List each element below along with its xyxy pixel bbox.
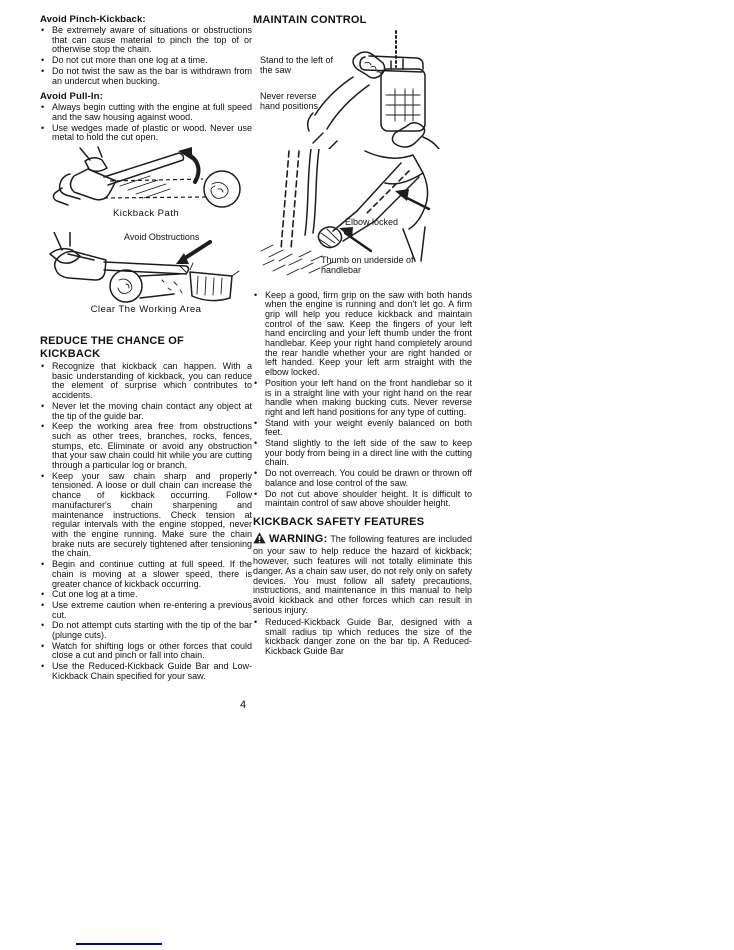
list-item-text: Stand with your weight evenly balanced o… xyxy=(265,419,472,438)
bullet-marker: • xyxy=(40,472,52,559)
figure-caption: Kickback Path xyxy=(40,208,252,219)
list-item-text: Reduced-Kickback Guide Bar, designed wit… xyxy=(265,618,472,657)
list-item-text: Do not twist the saw as the bar is withd… xyxy=(52,67,252,86)
bullet-marker: • xyxy=(40,103,52,122)
reduce-kickback-list: •Recognize that kickback can happen. Wit… xyxy=(40,362,252,682)
list-item: •Do not overreach. You could be drawn or… xyxy=(253,469,472,488)
list-item-text: Use the Reduced-Kickback Guide Bar and L… xyxy=(52,662,252,681)
bullet-marker: • xyxy=(253,490,265,509)
list-item-text: Recognize that kickback can happen. With… xyxy=(52,362,252,401)
heading-maintain-control: MAINTAIN CONTROL xyxy=(253,14,472,27)
list-item: •Begin and continue cutting at full spee… xyxy=(40,560,252,589)
bullet-marker: • xyxy=(40,601,52,620)
kickback-path-illustration xyxy=(40,146,252,208)
list-item-text: Use wedges made of plastic or wood. Neve… xyxy=(52,124,252,143)
bullet-marker: • xyxy=(40,590,52,600)
heading-kickback-safety-features: KICKBACK SAFETY FEATURES xyxy=(253,516,472,529)
list-item-text: Do not attempt cuts starting with the ti… xyxy=(52,621,252,640)
figure-elbow-locked: Elbow locked Thumb on underside of handl… xyxy=(253,149,472,287)
list-item: •Do not attempt cuts starting with the t… xyxy=(40,621,252,640)
list-item: •Cut one log at a time. xyxy=(40,590,252,600)
list-item-text: Keep the working area free from obstruct… xyxy=(52,422,252,471)
bullet-marker: • xyxy=(253,379,265,418)
bullet-marker: • xyxy=(40,662,52,681)
footer-line xyxy=(76,943,162,945)
heading-avoid-pull-in: Avoid Pull-In: xyxy=(40,91,252,102)
heading-avoid-pinch-kickback: Avoid Pinch-Kickback: xyxy=(40,14,252,25)
bullet-marker: • xyxy=(253,419,265,438)
list-item-text: Position your left hand on the front han… xyxy=(265,379,472,418)
list-item: •Position your left hand on the front ha… xyxy=(253,379,472,418)
figure-clear-working-area: Avoid Obstructions xyxy=(40,232,252,328)
list-item: •Use extreme caution when re-entering a … xyxy=(40,601,252,620)
list-item: •Stand slightly to the left side of the … xyxy=(253,439,472,468)
list-item: •Do not cut above shoulder height. It is… xyxy=(253,490,472,509)
warning-triangle-icon xyxy=(253,532,266,547)
list-item-text: Do not cut more than one log at a time. xyxy=(52,56,252,66)
list-item-text: Do not cut above shoulder height. It is … xyxy=(265,490,472,509)
list-item: •Stand with your weight evenly balanced … xyxy=(253,419,472,438)
list-item-text: Stand slightly to the left side of the s… xyxy=(265,439,472,468)
maintain-control-list: •Keep a good, firm grip on the saw with … xyxy=(253,291,472,509)
list-item: •Watch for shifting logs or other forces… xyxy=(40,642,252,661)
heading-reduce-kickback: REDUCE THE CHANCE OF KICKBACK xyxy=(40,335,220,360)
list-item: •Reduced-Kickback Guide Bar, designed wi… xyxy=(253,618,472,657)
list-item: •Do not twist the saw as the bar is with… xyxy=(40,67,252,86)
list-item: •Do not cut more than one log at a time. xyxy=(40,56,252,66)
bullet-marker: • xyxy=(40,642,52,661)
pull-in-list: •Always begin cutting with the engine at… xyxy=(40,103,252,143)
bullet-marker: • xyxy=(40,621,52,640)
bullet-marker: • xyxy=(253,291,265,378)
list-item-text: Keep your saw chain sharp and properly t… xyxy=(52,472,252,559)
clear-area-illustration xyxy=(40,232,252,304)
bullet-marker: • xyxy=(253,618,265,657)
list-item-text: Be extremely aware of situations or obst… xyxy=(52,26,252,55)
safety-features-list: •Reduced-Kickback Guide Bar, designed wi… xyxy=(253,618,472,657)
bullet-marker: • xyxy=(253,469,265,488)
list-item-text: Keep a good, firm grip on the saw with b… xyxy=(265,291,472,378)
list-item: •Always begin cutting with the engine at… xyxy=(40,103,252,122)
list-item: •Use the Reduced-Kickback Guide Bar and … xyxy=(40,662,252,681)
figure-hand-positions: Stand to the left of the saw Never rever… xyxy=(253,29,472,149)
list-item: •Keep your saw chain sharp and properly … xyxy=(40,472,252,559)
bullet-marker: • xyxy=(40,26,52,55)
list-item-text: Watch for shifting logs or other forces … xyxy=(52,642,252,661)
page-number: 4 xyxy=(240,699,246,711)
bullet-marker: • xyxy=(40,124,52,143)
list-item: •Keep the working area free from obstruc… xyxy=(40,422,252,471)
list-item-text: Always begin cutting with the engine at … xyxy=(52,103,252,122)
right-column: MAINTAIN CONTROL Stand to the left of th… xyxy=(253,14,472,658)
list-item: •Keep a good, firm grip on the saw with … xyxy=(253,291,472,378)
avoid-obstructions-label: Avoid Obstructions xyxy=(124,232,199,243)
bullet-marker: • xyxy=(40,56,52,66)
bullet-marker: • xyxy=(40,362,52,401)
bullet-marker: • xyxy=(40,402,52,421)
bullet-marker: • xyxy=(253,439,265,468)
bullet-marker: • xyxy=(40,560,52,589)
warning-text: The following features are included on y… xyxy=(253,534,472,615)
figure-kickback-path: Kickback Path xyxy=(40,146,252,222)
list-item-text: Begin and continue cutting at full speed… xyxy=(52,560,252,589)
list-item-text: Use extreme caution when re-entering a p… xyxy=(52,601,252,620)
list-item-text: Never let the moving chain contact any o… xyxy=(52,402,252,421)
figure-caption: Clear The Working Area xyxy=(40,304,252,315)
pinch-kickback-list: •Be extremely aware of situations or obs… xyxy=(40,26,252,86)
bullet-marker: • xyxy=(40,67,52,86)
list-item: •Use wedges made of plastic or wood. Nev… xyxy=(40,124,252,143)
list-item-text: Cut one log at a time. xyxy=(52,590,252,600)
list-item: •Recognize that kickback can happen. Wit… xyxy=(40,362,252,401)
left-column: Avoid Pinch-Kickback: •Be extremely awar… xyxy=(40,14,252,683)
warning-paragraph: WARNING: The following features are incl… xyxy=(253,532,472,615)
list-item: •Never let the moving chain contact any … xyxy=(40,402,252,421)
warning-label: WARNING: xyxy=(269,533,327,545)
bullet-marker: • xyxy=(40,422,52,471)
list-item-text: Do not overreach. You could be drawn or … xyxy=(265,469,472,488)
list-item: •Be extremely aware of situations or obs… xyxy=(40,26,252,55)
